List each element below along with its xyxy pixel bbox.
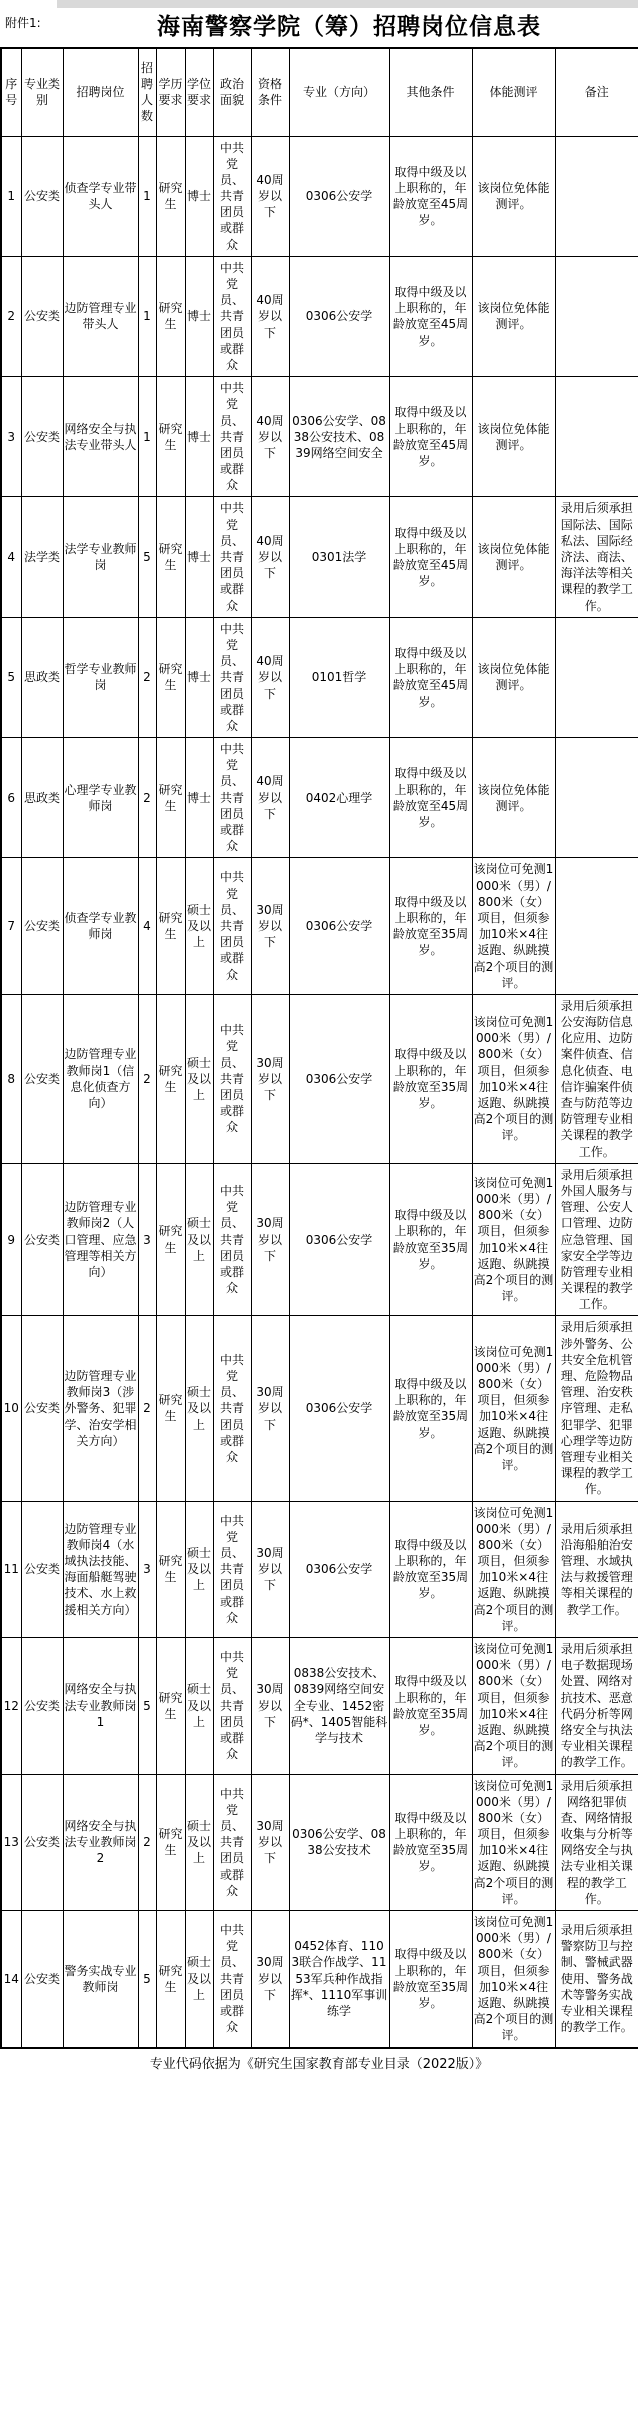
cell-index: 12 [1,1638,21,1775]
cell-age-limit: 40周岁以下 [251,256,289,376]
cell-political-status: 中共党员、共青团员或群众 [213,617,251,737]
cell-position: 警务实战专业教师岗 [63,1911,138,2048]
cell-degree: 硕士及以上 [185,1501,213,1638]
cell-category: 公安类 [21,136,63,256]
cell-count: 4 [138,858,156,995]
table-row: 10公安类边防管理专业教师岗3（涉外警务、犯罪学、治安学相关方向）2研究生硕士及… [1,1316,638,1501]
cell-count: 3 [138,1501,156,1638]
header-cell-count: 招聘人数 [138,48,156,136]
header-cell-education: 学历要求 [156,48,185,136]
cell-position: 哲学专业教师岗 [63,617,138,737]
cell-count: 1 [138,136,156,256]
cell-other-conditions: 取得中级及以上职称的，年龄放宽至45周岁。 [389,256,472,376]
cell-degree: 博士 [185,738,213,858]
cell-political-status: 中共党员、共青团员或群众 [213,136,251,256]
cell-political-status: 中共党员、共青团员或群众 [213,497,251,617]
cell-other-conditions: 取得中级及以上职称的，年龄放宽至45周岁。 [389,738,472,858]
cell-age-limit: 30周岁以下 [251,994,289,1163]
cell-degree: 硕士及以上 [185,994,213,1163]
cell-count: 2 [138,994,156,1163]
cell-position: 边防管理专业带头人 [63,256,138,376]
cell-other-conditions: 取得中级及以上职称的，年龄放宽至35周岁。 [389,1911,472,2048]
cell-other-conditions: 取得中级及以上职称的，年龄放宽至35周岁。 [389,858,472,995]
cell-other-conditions: 取得中级及以上职称的，年龄放宽至35周岁。 [389,1501,472,1638]
cell-index: 1 [1,136,21,256]
cell-degree: 博士 [185,256,213,376]
table-row: 11公安类边防管理专业教师岗4（水域执法技能、海面船艇驾驶技术、水上救援相关方向… [1,1501,638,1638]
header-cell-fitness-test: 体能测评 [472,48,555,136]
cell-political-status: 中共党员、共青团员或群众 [213,1501,251,1638]
cell-degree: 博士 [185,377,213,497]
cell-education: 研究生 [156,1774,185,1911]
cell-fitness-test: 该岗位免体能测评。 [472,256,555,376]
cell-fitness-test: 该岗位可免测1000米（男）/800米（女）项目，但须参加10米×4往返跑、纵跳… [472,1774,555,1911]
cell-category: 公安类 [21,1774,63,1911]
cell-category: 公安类 [21,256,63,376]
cell-category: 公安类 [21,1163,63,1316]
cell-remark: 录用后须承担沿海船舶治安管理、水域执法与救援管理等相关课程的教学工作。 [555,1501,638,1638]
page-title: 海南警察学院（筹）招聘岗位信息表 [60,8,638,41]
cell-education: 研究生 [156,1501,185,1638]
cell-count: 1 [138,256,156,376]
table-row: 6思政类心理学专业教师岗2研究生博士中共党员、共青团员或群众40周岁以下0402… [1,738,638,858]
cell-other-conditions: 取得中级及以上职称的，年龄放宽至45周岁。 [389,377,472,497]
table-header-row: 序号专业类别招聘岗位招聘人数学历要求学位要求政治面貌资格条件专业（方向）其他条件… [1,48,638,136]
cell-age-limit: 30周岁以下 [251,1774,289,1911]
cell-count: 3 [138,1163,156,1316]
cell-remark: 录用后须承担外国人服务与管理、公安人口管理、边防应急管理、国家安全学等边防管理专… [555,1163,638,1316]
cell-position: 网络安全与执法专业教师岗2 [63,1774,138,1911]
cell-education: 研究生 [156,256,185,376]
cell-fitness-test: 该岗位可免测1000米（男）/800米（女）项目，但须参加10米×4往返跑、纵跳… [472,1911,555,2048]
cell-position: 法学专业教师岗 [63,497,138,617]
header-cell-category: 专业类别 [21,48,63,136]
cell-index: 4 [1,497,21,617]
cell-degree: 博士 [185,617,213,737]
cell-index: 7 [1,858,21,995]
cell-remark: 录用后须承担警察防卫与控制、警械武器使用、警务战术等警务实战专业相关课程的教学工… [555,1911,638,2048]
cell-major: 0452体育、1103联合作战学、1153军兵种作战指挥*、1110军事训练学 [289,1911,389,2048]
cell-degree: 硕士及以上 [185,1774,213,1911]
cell-age-limit: 30周岁以下 [251,1638,289,1775]
cell-major: 0306公安学 [289,858,389,995]
cell-political-status: 中共党员、共青团员或群众 [213,1316,251,1501]
cell-fitness-test: 该岗位免体能测评。 [472,377,555,497]
cell-remark [555,136,638,256]
cell-category: 公安类 [21,1501,63,1638]
cell-remark [555,858,638,995]
cell-remark: 录用后须承担电子数据现场处置、网络对抗技术、恶意代码分析等网络安全与执法专业相关… [555,1638,638,1775]
cell-education: 研究生 [156,738,185,858]
cell-index: 9 [1,1163,21,1316]
table-row: 2公安类边防管理专业带头人1研究生博士中共党员、共青团员或群众40周岁以下030… [1,256,638,376]
cell-political-status: 中共党员、共青团员或群众 [213,1638,251,1775]
cell-education: 研究生 [156,1316,185,1501]
table-row: 4法学类法学专业教师岗5研究生博士中共党员、共青团员或群众40周岁以下0301法… [1,497,638,617]
header-cell-major: 专业（方向） [289,48,389,136]
cell-degree: 博士 [185,136,213,256]
attachment-label: 附件1: [5,14,41,31]
cell-political-status: 中共党员、共青团员或群众 [213,738,251,858]
cell-position: 边防管理专业教师岗4（水域执法技能、海面船艇驾驶技术、水上救援相关方向） [63,1501,138,1638]
cell-position: 边防管理专业教师岗2（人口管理、应急管理等相关方向） [63,1163,138,1316]
cell-degree: 硕士及以上 [185,1316,213,1501]
cell-count: 1 [138,377,156,497]
table-row: 5思政类哲学专业教师岗2研究生博士中共党员、共青团员或群众40周岁以下0101哲… [1,617,638,737]
cell-age-limit: 30周岁以下 [251,1911,289,2048]
cell-major: 0101哲学 [289,617,389,737]
cell-degree: 硕士及以上 [185,1911,213,2048]
cell-remark: 录用后须承担涉外警务、公共安全危机管理、危险物品管理、治安秩序管理、走私犯罪学、… [555,1316,638,1501]
cell-other-conditions: 取得中级及以上职称的，年龄放宽至35周岁。 [389,994,472,1163]
cell-count: 2 [138,1774,156,1911]
cell-index: 10 [1,1316,21,1501]
cell-major: 0301法学 [289,497,389,617]
header-cell-degree: 学位要求 [185,48,213,136]
positions-table: 序号专业类别招聘岗位招聘人数学历要求学位要求政治面貌资格条件专业（方向）其他条件… [0,47,638,2049]
table-row: 12公安类网络安全与执法专业教师岗15研究生硕士及以上中共党员、共青团员或群众3… [1,1638,638,1775]
cell-political-status: 中共党员、共青团员或群众 [213,1163,251,1316]
cell-index: 8 [1,994,21,1163]
footer-note: 专业代码依据为《研究生国家教育部专业目录（2022版）》 [0,2049,638,2078]
table-row: 1公安类侦查学专业带头人1研究生博士中共党员、共青团员或群众40周岁以下0306… [1,136,638,256]
cell-education: 研究生 [156,377,185,497]
cell-fitness-test: 该岗位可免测1000米（男）/800米（女）项目，但须参加10米×4往返跑、纵跳… [472,994,555,1163]
cell-position: 网络安全与执法专业带头人 [63,377,138,497]
cell-category: 公安类 [21,1316,63,1501]
cell-age-limit: 30周岁以下 [251,1163,289,1316]
header-cell-other-conditions: 其他条件 [389,48,472,136]
cell-major: 0306公安学 [289,994,389,1163]
cell-fitness-test: 该岗位可免测1000米（男）/800米（女）项目，但须参加10米×4往返跑、纵跳… [472,1501,555,1638]
cell-age-limit: 40周岁以下 [251,377,289,497]
table-row: 13公安类网络安全与执法专业教师岗22研究生硕士及以上中共党员、共青团员或群众3… [1,1774,638,1911]
cell-index: 3 [1,377,21,497]
cell-political-status: 中共党员、共青团员或群众 [213,1911,251,2048]
cell-remark [555,377,638,497]
cell-index: 2 [1,256,21,376]
cell-category: 公安类 [21,1911,63,2048]
cell-category: 思政类 [21,617,63,737]
cell-category: 公安类 [21,1638,63,1775]
cell-education: 研究生 [156,994,185,1163]
cell-fitness-test: 该岗位免体能测评。 [472,617,555,737]
cell-political-status: 中共党员、共青团员或群众 [213,994,251,1163]
cell-political-status: 中共党员、共青团员或群众 [213,858,251,995]
header-cell-age-limit: 资格条件 [251,48,289,136]
cell-fitness-test: 该岗位免体能测评。 [472,738,555,858]
cell-category: 公安类 [21,858,63,995]
cell-other-conditions: 取得中级及以上职称的，年龄放宽至45周岁。 [389,136,472,256]
cell-remark [555,617,638,737]
cell-education: 研究生 [156,1163,185,1316]
cell-position: 边防管理专业教师岗3（涉外警务、犯罪学、治安学相关方向） [63,1316,138,1501]
cell-other-conditions: 取得中级及以上职称的，年龄放宽至45周岁。 [389,497,472,617]
table-row: 14公安类警务实战专业教师岗5研究生硕士及以上中共党员、共青团员或群众30周岁以… [1,1911,638,2048]
cell-remark [555,738,638,858]
cell-index: 13 [1,1774,21,1911]
cell-category: 思政类 [21,738,63,858]
table-row: 3公安类网络安全与执法专业带头人1研究生博士中共党员、共青团员或群众40周岁以下… [1,377,638,497]
cell-category: 法学类 [21,497,63,617]
cell-age-limit: 30周岁以下 [251,1316,289,1501]
cell-age-limit: 30周岁以下 [251,1501,289,1638]
cell-education: 研究生 [156,136,185,256]
cell-political-status: 中共党员、共青团员或群众 [213,377,251,497]
cell-age-limit: 40周岁以下 [251,617,289,737]
cell-other-conditions: 取得中级及以上职称的，年龄放宽至45周岁。 [389,617,472,737]
cell-position: 侦查学专业带头人 [63,136,138,256]
document-page: 附件1: 海南警察学院（筹）招聘岗位信息表 序号专业类别招聘岗位招聘人数学历要求… [0,0,638,2078]
cell-other-conditions: 取得中级及以上职称的，年龄放宽至35周岁。 [389,1774,472,1911]
cell-remark: 录用后须承担公安海防信息化应用、边防案件侦查、信息化侦查、电信诈骗案件侦查与防范… [555,994,638,1163]
cell-education: 研究生 [156,858,185,995]
cell-count: 5 [138,1911,156,2048]
cell-count: 5 [138,1638,156,1775]
cell-count: 2 [138,738,156,858]
cell-fitness-test: 该岗位免体能测评。 [472,497,555,617]
cell-fitness-test: 该岗位可免测1000米（男）/800米（女）项目，但须参加10米×4往返跑、纵跳… [472,1163,555,1316]
table-row: 8公安类边防管理专业教师岗1（信息化侦查方向）2研究生硕士及以上中共党员、共青团… [1,994,638,1163]
cell-index: 6 [1,738,21,858]
cell-other-conditions: 取得中级及以上职称的，年龄放宽至35周岁。 [389,1316,472,1501]
cell-age-limit: 40周岁以下 [251,738,289,858]
cell-age-limit: 40周岁以下 [251,136,289,256]
cell-index: 11 [1,1501,21,1638]
cell-age-limit: 30周岁以下 [251,858,289,995]
cell-count: 2 [138,1316,156,1501]
cell-political-status: 中共党员、共青团员或群众 [213,256,251,376]
cell-education: 研究生 [156,1911,185,2048]
cell-category: 公安类 [21,377,63,497]
cell-count: 2 [138,617,156,737]
cell-major: 0306公安学 [289,1163,389,1316]
cell-position: 心理学专业教师岗 [63,738,138,858]
cell-position: 网络安全与执法专业教师岗1 [63,1638,138,1775]
cell-fitness-test: 该岗位免体能测评。 [472,136,555,256]
header-cell-position: 招聘岗位 [63,48,138,136]
cell-degree: 硕士及以上 [185,1638,213,1775]
cell-age-limit: 40周岁以下 [251,497,289,617]
cell-fitness-test: 该岗位可免测1000米（男）/800米（女）项目，但须参加10米×4往返跑、纵跳… [472,1638,555,1775]
cell-other-conditions: 取得中级及以上职称的，年龄放宽至35周岁。 [389,1163,472,1316]
cell-count: 5 [138,497,156,617]
header-cell-index: 序号 [1,48,21,136]
table-row: 7公安类侦查学专业教师岗4研究生硕士及以上中共党员、共青团员或群众30周岁以下0… [1,858,638,995]
cell-education: 研究生 [156,497,185,617]
cell-major: 0306公安学 [289,1316,389,1501]
cell-index: 5 [1,617,21,737]
cell-index: 14 [1,1911,21,2048]
cell-category: 公安类 [21,994,63,1163]
cell-major: 0306公安学 [289,256,389,376]
cell-degree: 硕士及以上 [185,858,213,995]
cell-major: 0306公安学 [289,136,389,256]
document-header: 附件1: 海南警察学院（筹）招聘岗位信息表 [0,0,638,47]
cell-political-status: 中共党员、共青团员或群众 [213,1774,251,1911]
cell-degree: 博士 [185,497,213,617]
table-row: 9公安类边防管理专业教师岗2（人口管理、应急管理等相关方向）3研究生硕士及以上中… [1,1163,638,1316]
cell-education: 研究生 [156,1638,185,1775]
header-cell-remark: 备注 [555,48,638,136]
cell-fitness-test: 该岗位可免测1000米（男）/800米（女）项目，但须参加10米×4往返跑、纵跳… [472,1316,555,1501]
cell-remark: 录用后须承担网络犯罪侦查、网络情报收集与分析等网络安全与执法专业相关课程的教学工… [555,1774,638,1911]
cell-major: 0402心理学 [289,738,389,858]
cell-major: 0306公安学、0838公安技术、0839网络空间安全 [289,377,389,497]
cell-major: 0306公安学 [289,1501,389,1638]
header-cell-political-status: 政治面貌 [213,48,251,136]
cell-other-conditions: 取得中级及以上职称的，年龄放宽至35周岁。 [389,1638,472,1775]
cell-remark: 录用后须承担国际法、国际私法、国际经济法、商法、海洋法等相关课程的教学工作。 [555,497,638,617]
cell-education: 研究生 [156,617,185,737]
cell-fitness-test: 该岗位可免测1000米（男）/800米（女）项目，但须参加10米×4往返跑、纵跳… [472,858,555,995]
cell-remark [555,256,638,376]
cell-degree: 硕士及以上 [185,1163,213,1316]
cell-position: 侦查学专业教师岗 [63,858,138,995]
cell-position: 边防管理专业教师岗1（信息化侦查方向） [63,994,138,1163]
cell-major: 0306公安学、0838公安技术 [289,1774,389,1911]
cell-major: 0838公安技术、0839网络空间安全专业、1452密码*、1405智能科学与技… [289,1638,389,1775]
